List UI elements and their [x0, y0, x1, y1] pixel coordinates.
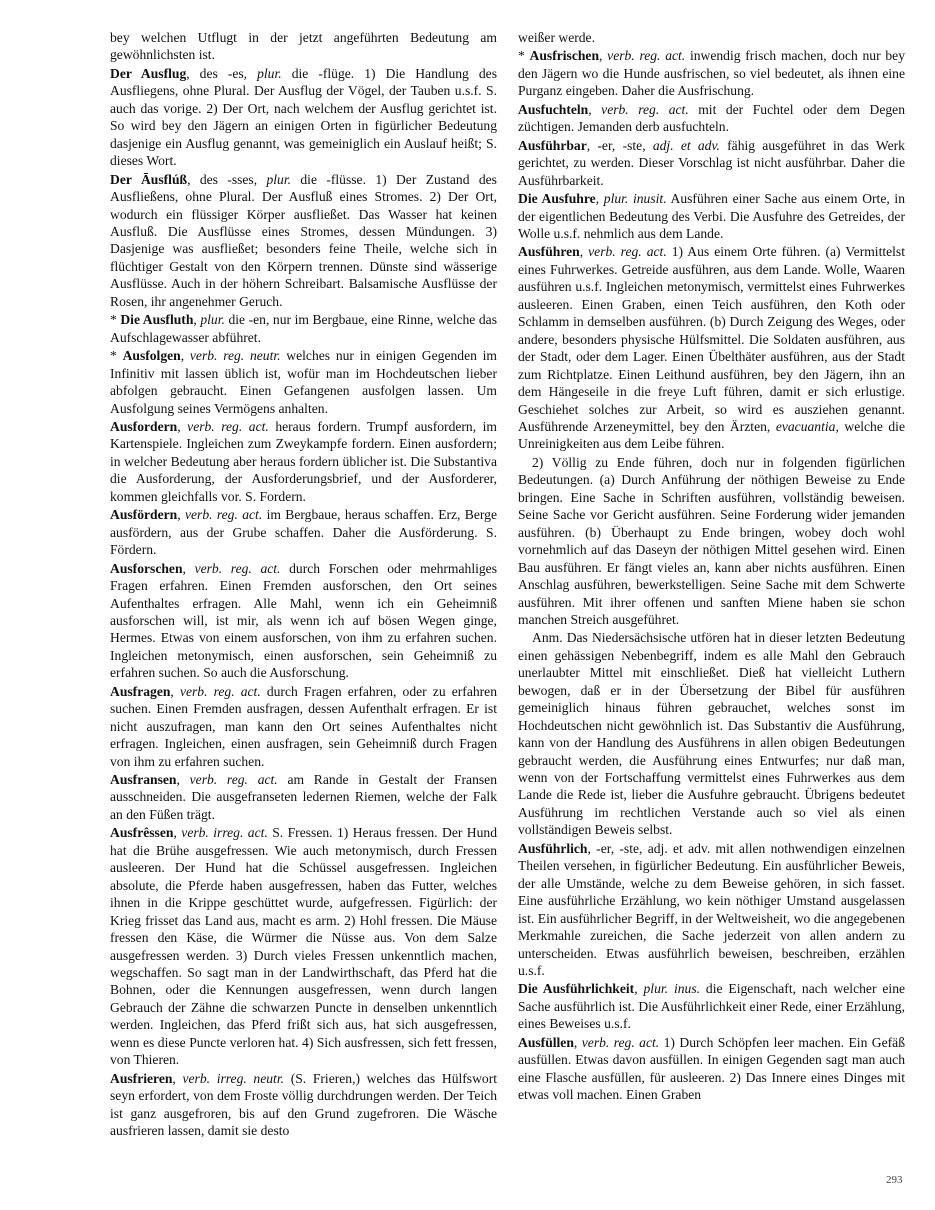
headword: Ausfüllen	[518, 1035, 574, 1050]
headword: Ausfragen	[110, 684, 170, 699]
entry-ausfuehrbar: Ausführbar, -er, -ste, adj. et adv. fähi…	[518, 137, 905, 189]
entry-ausfoerdern: Ausfördern, verb. reg. act. im Bergbaue,…	[110, 506, 497, 558]
entry-text: die -flüge. 1) Die Handlung des Ausflieg…	[110, 66, 497, 168]
headword: Der Ausflug	[110, 66, 186, 81]
entry-ausfrischen: * Ausfrischen, verb. reg. act. inwendig …	[518, 47, 905, 99]
entry-ausflug: Der Ausflug, des -es, plur. die -flüge. …	[110, 65, 497, 170]
headword: Ausfuchteln	[518, 102, 588, 117]
entry-ausfuehrlichkeit: Die Ausführlichkeit, plur. inus. die Eig…	[518, 980, 905, 1032]
grammar-label: verb. reg. act.	[582, 1035, 659, 1050]
entry-ausfuhre: Die Ausfuhre, plur. inusit. Ausführen ei…	[518, 190, 905, 242]
headword: Die Ausführlichkeit	[518, 981, 634, 996]
grammar-label: verb. reg. act.	[601, 102, 689, 117]
entry-ausforschen: Ausforschen, verb. reg. act. durch Forsc…	[110, 560, 497, 682]
entry-annotation: Anm. Das Niedersächsische utfören hat in…	[518, 629, 905, 838]
headword: Ausführlich	[518, 841, 588, 856]
headword: Der Āusflúß	[110, 172, 187, 187]
entry-ausfuellen: Ausfüllen, verb. reg. act. 1) Durch Schö…	[518, 1034, 905, 1104]
entry-text: bey welchen Utflugt in der jetzt angefüh…	[110, 30, 497, 62]
entry-ausfuehren: Ausführen, verb. reg. act. 1) Aus einem …	[518, 243, 905, 452]
grammar-label: verb. reg. act.	[180, 684, 261, 699]
headword: Ausfördern	[110, 507, 177, 522]
grammar-label: verb. reg. act.	[607, 48, 685, 63]
right-column: weißer werde. * Ausfrischen, verb. reg. …	[518, 29, 905, 1105]
headword: Die Ausfluth	[120, 312, 193, 327]
headword: Ausfolgen	[123, 348, 181, 363]
entry-text: 1) Aus einem Orte führen. (a) Vermittels…	[518, 244, 905, 434]
grammar-label: verb. irreg. neutr.	[182, 1071, 284, 1086]
grammar-label: plur. inusit.	[604, 191, 667, 206]
grammar-label: plur. inus.	[644, 981, 701, 996]
grammar-label: adj. et adv.	[653, 138, 720, 153]
grammar-label: verb. irreg. act.	[181, 825, 268, 840]
headword: Ausführen	[518, 244, 580, 259]
grammar-label: plur.	[200, 312, 225, 327]
grammar-label: plur.	[257, 66, 282, 81]
headword: Ausfordern	[110, 419, 177, 434]
headword: Ausführbar	[518, 138, 587, 153]
headword: Ausfrieren	[110, 1071, 172, 1086]
headword: Ausfransen	[110, 772, 176, 787]
latin-term: evacuantia,	[776, 419, 839, 434]
entry-ausfuehrlich: Ausführlich, -er, -ste, adj. et adv. mit…	[518, 840, 905, 980]
entry-text: 2) Völlig zu Ende führen, doch nur in fo…	[518, 455, 905, 627]
grammar-label: verb. reg. act.	[588, 244, 667, 259]
entry-ausfluth: * Die Ausfluth, plur. die -en, nur im Be…	[110, 311, 497, 346]
headword: Ausforschen	[110, 561, 183, 576]
grammar-label: verb. reg. act.	[190, 772, 278, 787]
headword: Die Ausfuhre	[518, 191, 596, 206]
entry-ausfransen: Ausfransen, verb. reg. act. am Rande in …	[110, 771, 497, 823]
dictionary-page: bey welchen Utflugt in der jetzt angefüh…	[0, 0, 935, 1210]
entry-ausfrieren: Ausfrieren, verb. irreg. neutr. (S. Frie…	[110, 1070, 497, 1140]
headword: Ausfrischen	[530, 48, 599, 63]
entry-text: Anm. Das Niedersächsische utfören hat in…	[518, 630, 905, 837]
grammar-label: plur.	[266, 172, 291, 187]
grammar-label: verb. reg. act.	[185, 507, 262, 522]
grammar-label: verb. reg. neutr.	[190, 348, 281, 363]
entry-continuation: bey welchen Utflugt in der jetzt angefüh…	[110, 29, 497, 64]
entry-ausfuehren-sense-2: 2) Völlig zu Ende führen, doch nur in fo…	[518, 454, 905, 629]
entry-ausfuchteln: Ausfuchteln, verb. reg. act. mit der Fuc…	[518, 101, 905, 136]
entry-text: S. Fressen. 1) Heraus fressen. Der Hund …	[110, 825, 497, 1067]
entry-text: weißer werde.	[518, 30, 595, 45]
entry-ausfressen: Ausfrêssen, verb. irreg. act. S. Fressen…	[110, 824, 497, 1068]
entry-text: die -flüsse. 1) Der Zustand des Ausfließ…	[110, 172, 497, 309]
entry-ausfragen: Ausfragen, verb. reg. act. durch Fragen …	[110, 683, 497, 770]
headword: Ausfrêssen	[110, 825, 173, 840]
entry-continuation: weißer werde.	[518, 29, 905, 46]
page-number: 293	[886, 1174, 903, 1186]
grammar-label: verb. reg. act.	[195, 561, 281, 576]
entry-ausfordern: Ausfordern, verb. reg. act. heraus forde…	[110, 418, 497, 505]
entry-text: durch Forschen oder mehrmahliges Fragen …	[110, 561, 497, 681]
left-column: bey welchen Utflugt in der jetzt angefüh…	[110, 29, 497, 1141]
entry-ausfluss: Der Āusflúß, des -sses, plur. die -flüss…	[110, 171, 497, 311]
grammar-label: verb. reg. act.	[187, 419, 269, 434]
entry-ausfolgen: * Ausfolgen, verb. reg. neutr. welches n…	[110, 347, 497, 417]
entry-text: , -er, -ste, adj. et adv. mit allen noth…	[518, 841, 905, 978]
